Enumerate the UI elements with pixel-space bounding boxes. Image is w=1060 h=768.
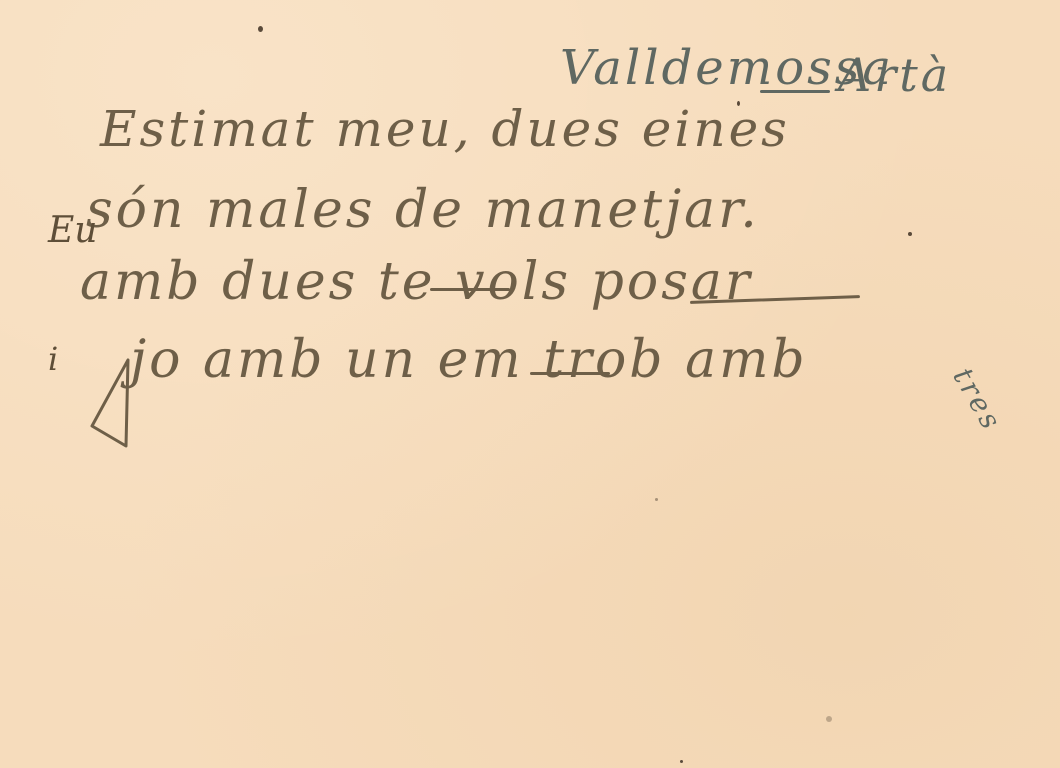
margin-conjunction: i — [48, 340, 58, 378]
strikethrough-te — [430, 288, 510, 291]
ink-speck — [655, 498, 658, 501]
note-line-1: Estimat meu, dues eines — [100, 100, 790, 158]
correction-above: tres — [946, 362, 1008, 437]
strikethrough-em — [530, 372, 610, 375]
place-correction: Artà — [838, 48, 951, 102]
note-line-3: amb dues te vols posar — [80, 252, 753, 312]
paper-sheet: Valldemossa Artà Estimat meu, dues eines… — [0, 0, 1060, 768]
ink-speck — [826, 716, 832, 722]
note-line-2: són males de manetjar. — [86, 180, 760, 240]
place-strikethrough — [760, 90, 830, 93]
note-line-4: jo amb un em trob amb — [130, 330, 808, 390]
ink-speck — [908, 232, 912, 236]
flourish-stroke — [88, 356, 132, 452]
ink-speck — [258, 26, 263, 32]
margin-insertion-mark: Eu — [48, 210, 97, 251]
ink-speck — [680, 760, 683, 763]
